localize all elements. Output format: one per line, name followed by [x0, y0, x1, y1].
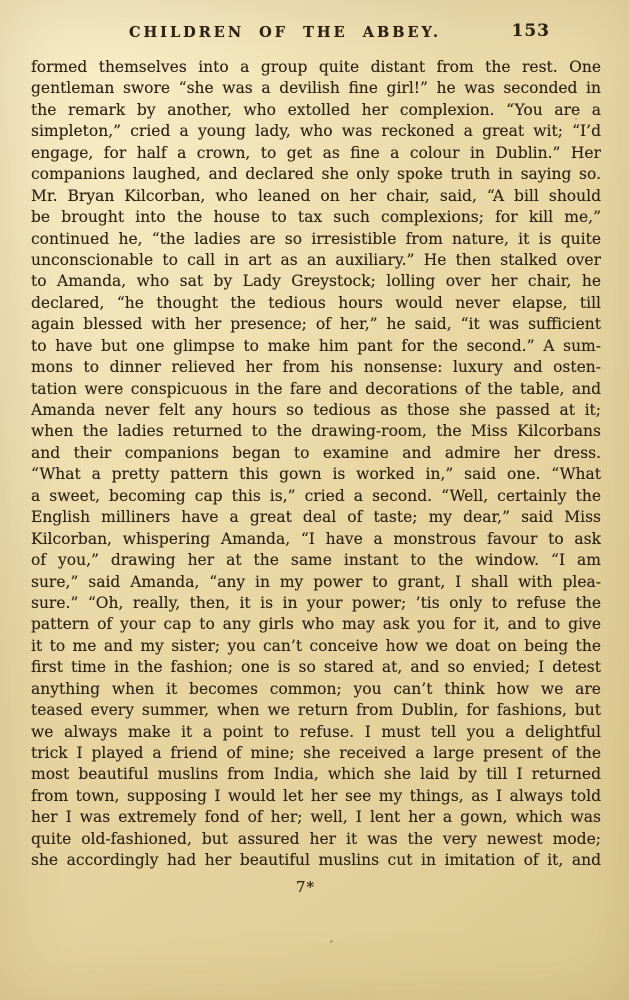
text-line: most beautiful muslins from India, which…	[31, 764, 601, 785]
text-line: teased every summer, when we return from…	[31, 700, 601, 721]
text-line: to Amanda, who sat by Lady Greystock; lo…	[31, 271, 601, 292]
text-line: her I was extremely fond of her; well, I…	[31, 807, 601, 828]
paper-speck	[575, 118, 577, 120]
text-line: English milliners have a great deal of t…	[31, 507, 601, 528]
text-line: anything when it becomes common; you can…	[31, 679, 601, 700]
text-line: quite old-fashioned, but assured her it …	[31, 829, 601, 850]
text-line: be brought into the house to tax such co…	[31, 207, 601, 228]
text-line: pattern of your cap to any girls who may…	[31, 614, 601, 635]
text-line: Kilcorban, whispering Amanda, “I have a …	[31, 529, 601, 550]
text-line: sure,” said Amanda, “any in my power to …	[31, 572, 601, 593]
text-line: when the ladies returned to the drawing-…	[31, 421, 601, 442]
text-line: again blessed with her presence; of her,…	[31, 314, 601, 335]
text-line: it to me and my sister; you can’t concei…	[31, 636, 601, 657]
text-line: gentleman swore “she was a devilish fine…	[31, 78, 601, 99]
text-line: sure.” “Oh, really, then, it is in your …	[31, 593, 601, 614]
text-line: the remark by another, who extolled her …	[31, 100, 601, 121]
text-line: from town, supposing I would let her see…	[31, 786, 601, 807]
book-page: CHILDREN OF THE ABBEY. 153 formed themse…	[0, 0, 629, 1000]
text-line: we always make it a point to refuse. I m…	[31, 722, 601, 743]
text-line: first time in the fashion; one is so sta…	[31, 657, 601, 678]
text-line: “What a pretty pattern this gown is work…	[31, 464, 601, 485]
text-line: Mr. Bryan Kilcorban, who leaned on her c…	[31, 186, 601, 207]
text-line: continued he, “the ladies are so irresis…	[31, 229, 601, 250]
text-line: simpleton,” cried a young lady, who was …	[31, 121, 601, 142]
text-line: mons to dinner relieved her from his non…	[31, 357, 601, 378]
running-header: CHILDREN OF THE ABBEY. 153	[0, 21, 629, 47]
text-line: Amanda never felt any hours so tedious a…	[31, 400, 601, 421]
book-title: CHILDREN OF THE ABBEY.	[129, 24, 441, 41]
text-line: declared, “he thought the tedious hours …	[31, 293, 601, 314]
text-line: to have but one glimpse to make him pant…	[31, 336, 601, 357]
text-line: she accordingly had her beautiful muslin…	[31, 850, 601, 871]
signature-mark: 7*	[296, 878, 315, 896]
text-line: and their companions began to examine an…	[31, 443, 601, 464]
text-line: trick I played a friend of mine; she rec…	[31, 743, 601, 764]
text-line: formed themselves into a group quite dis…	[31, 57, 601, 78]
page-number: 153	[512, 21, 551, 41]
text-line: a sweet, becoming cap this is,” cried a …	[31, 486, 601, 507]
page-footer: 7*	[0, 877, 611, 896]
text-line: tation were conspicuous in the fare and …	[31, 379, 601, 400]
paper-speck	[330, 940, 333, 943]
text-line: companions laughed, and declared she onl…	[31, 164, 601, 185]
body-text: formed themselves into a group quite dis…	[31, 57, 601, 872]
text-line: of you,” drawing her at the same instant…	[31, 550, 601, 571]
text-line: engage, for half a crown, to get as fine…	[31, 143, 601, 164]
text-line: unconscionable to call in art as an auxi…	[31, 250, 601, 271]
